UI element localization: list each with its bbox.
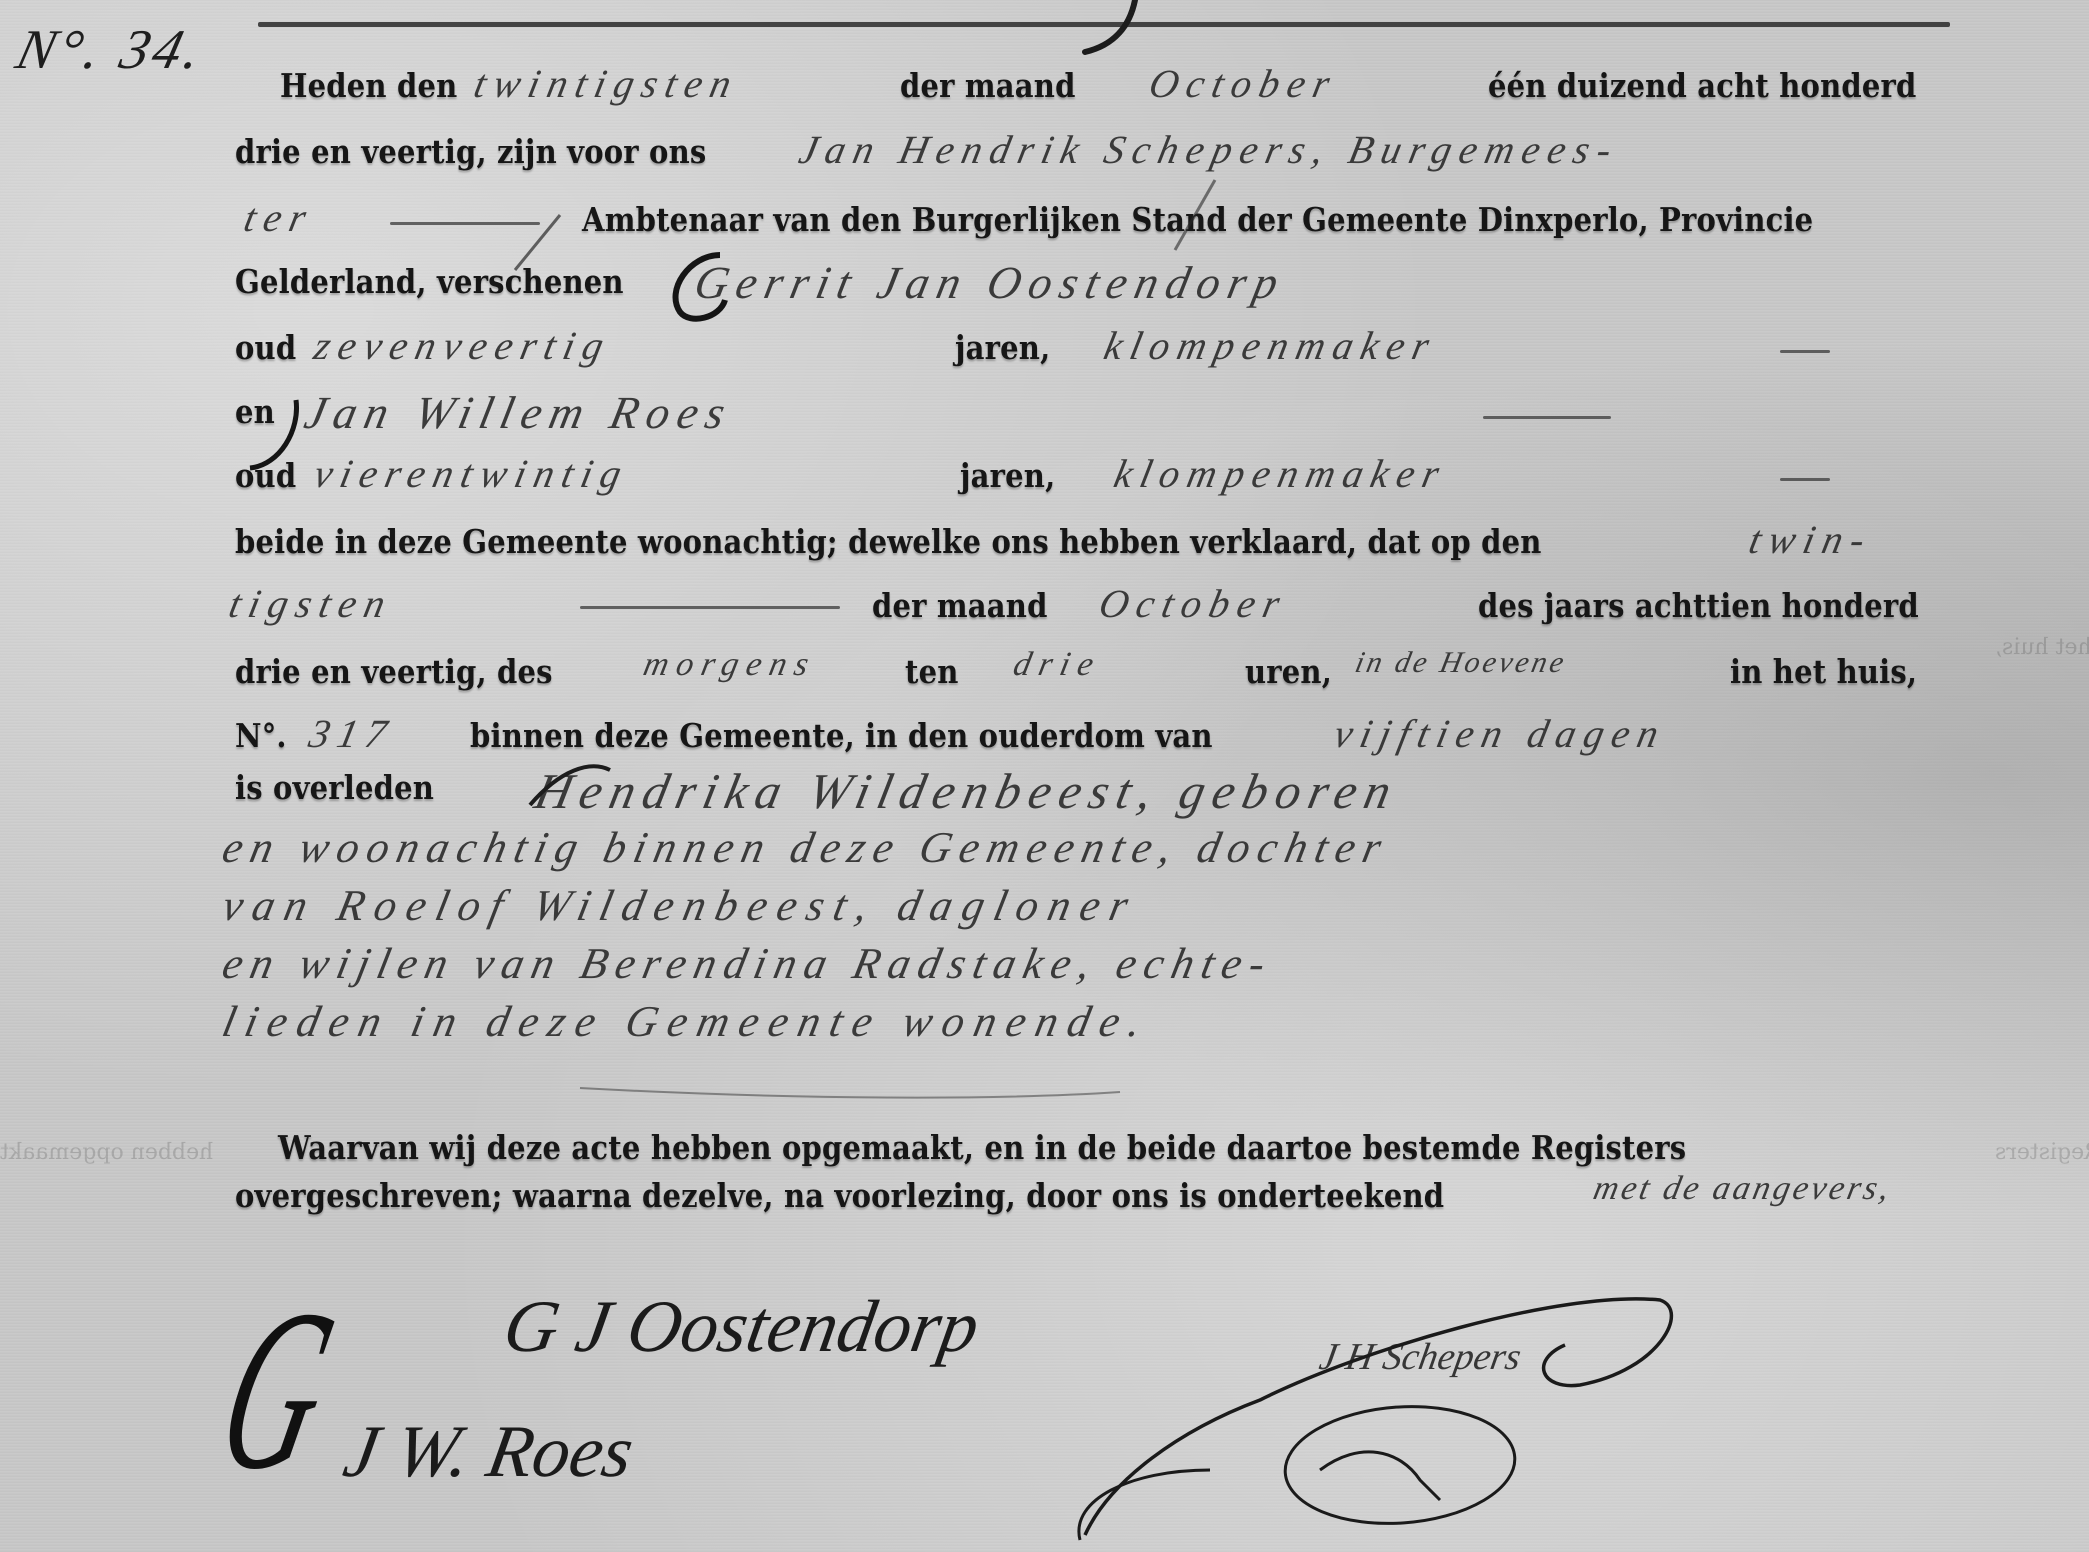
printed-text: in het huis, xyxy=(1730,652,1917,691)
fill-dash xyxy=(1780,478,1830,481)
printed-year: één duizend acht honderd xyxy=(1488,66,1916,105)
fill-dash xyxy=(1780,350,1830,353)
handwritten-declarant-2: Jan Willem Roes xyxy=(300,386,738,439)
printed-text: N°. xyxy=(235,716,287,755)
handwritten-day-part: tigsten xyxy=(225,580,398,627)
handwritten-title-end: ter xyxy=(240,194,318,241)
printed-text: overgeschreven; waarna dezelve, na voorl… xyxy=(235,1176,1444,1215)
printed-text: oud xyxy=(235,328,296,367)
printed-text: beide in deze Gemeente woonachtig; dewel… xyxy=(235,522,1542,561)
fill-dash xyxy=(580,606,840,609)
printed-text: is overleden xyxy=(235,768,434,807)
printed-text: Waarvan wij deze acte hebben opgemaakt, … xyxy=(278,1128,1686,1167)
handwritten-continuation: van Roelof Wildenbeest, dagloner xyxy=(218,880,1143,931)
handwritten-continuation: en wijlen van Berendina Radstake, echte- xyxy=(218,938,1278,989)
handwritten-month: October xyxy=(1095,580,1292,627)
handwritten-day-part: twin- xyxy=(1745,516,1877,563)
handwritten-continuation: en woonachtig binnen deze Gemeente, doch… xyxy=(218,822,1394,873)
bleed-through-text: hebben opgemaakt xyxy=(0,1140,213,1165)
signature-official: J H Schepers xyxy=(1316,1335,1524,1379)
signature-initial-g: G xyxy=(203,1275,352,1505)
bleed-through-text: Registers xyxy=(1995,1140,2089,1165)
handwritten-occupation-2: klompenmaker xyxy=(1110,450,1451,497)
printed-text: des jaars achttien honderd xyxy=(1478,586,1919,625)
handwritten-hour: drie xyxy=(1010,646,1105,684)
printed-text: drie en veertig, des xyxy=(235,652,553,691)
handwritten-month: October xyxy=(1145,60,1342,107)
handwritten-deceased-name: Hendrika Wildenbeest, geboren xyxy=(530,762,1404,820)
printed-text: jaren, xyxy=(955,328,1050,367)
printed-text: ten xyxy=(905,652,959,691)
fill-dash xyxy=(1483,416,1611,419)
record-number: N°. 34. xyxy=(10,18,212,82)
signature-roes: J W. Roes xyxy=(338,1410,640,1495)
printed-text: der maand xyxy=(872,586,1048,625)
handwritten-age-deceased: vijftien dagen xyxy=(1330,710,1671,757)
printed-text: jaren, xyxy=(960,456,1055,495)
handwritten-continuation: lieden in deze Gemeente wonende. xyxy=(218,996,1156,1047)
printed-text: oud xyxy=(235,456,296,495)
handwritten-declarant-1: Gerrit Jan Oostendorp xyxy=(690,256,1291,309)
handwritten-day: twintigsten xyxy=(470,60,744,107)
fill-dash xyxy=(390,222,540,225)
signature-oostendorp: G J Oostendorp xyxy=(498,1285,986,1370)
scanned-register-page: N°. 34. Heden den twintigsten der maand … xyxy=(0,0,2089,1552)
handwritten-location: in de Hoevene xyxy=(1352,646,1570,680)
handwritten-time-of-day: morgens xyxy=(640,646,820,684)
printed-text: Heden den xyxy=(280,66,457,105)
printed-text: binnen deze Gemeente, in den ouderdom va… xyxy=(470,716,1213,755)
bleed-through-text: in het huis, xyxy=(1995,635,2089,660)
handwritten-addendum: met de aangevers, xyxy=(1590,1170,1895,1208)
handwritten-age-2: vierentwintig xyxy=(310,450,634,497)
handwritten-age-1: zevenveertig xyxy=(310,322,616,369)
printed-text: der maand xyxy=(900,66,1076,105)
handwritten-occupation-1: klompenmaker xyxy=(1100,322,1441,369)
handwritten-official-name: Jan Hendrik Schepers, Burgemees- xyxy=(795,126,1624,173)
printed-text: drie en veertig, zijn voor ons xyxy=(235,132,706,171)
handwritten-house-number: 317 xyxy=(305,710,399,757)
printed-text: Gelderland, verschenen xyxy=(235,262,624,301)
printed-text: en xyxy=(235,392,275,431)
printed-text: Ambtenaar van den Burgerlijken Stand der… xyxy=(582,200,1813,239)
top-rule xyxy=(258,22,1950,27)
printed-text: uren, xyxy=(1245,652,1332,691)
